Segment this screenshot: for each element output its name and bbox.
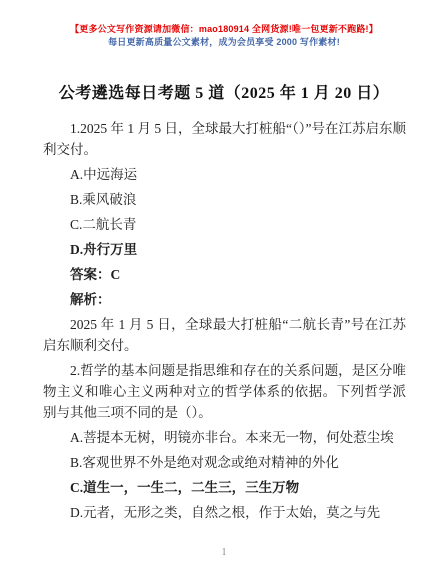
question-2-option-b: B.客观世界不外是绝对观念或绝对精神的外化 bbox=[43, 452, 406, 473]
question-1-option-a: A.中远海运 bbox=[43, 164, 406, 185]
page-number: 1 bbox=[0, 547, 448, 558]
question-2-option-d: D.元者，无形之类，自然之根，作于太始，莫之与先 bbox=[43, 502, 406, 523]
question-2-option-c: C.道生一，一生二，二生三，三生万物 bbox=[43, 477, 406, 498]
ad-banner-line-2: 每日更新高质量公文素材，成为会员享受 2000 写作素材! bbox=[0, 36, 448, 49]
question-1-option-b: B.乘风破浪 bbox=[43, 189, 406, 210]
question-2-option-a: A.菩提本无树，明镜亦非台。本来无一物，何处惹尘埃 bbox=[43, 427, 406, 448]
question-1-explanation: 2025 年 1 月 5 日，全球最大打桩船“二航长青”号在江苏启东顺利交付。 bbox=[43, 314, 406, 356]
document-page: 【更多公文写作资源请加微信：mao180914 全网货源!唯一包更新不跑路!】 … bbox=[0, 0, 448, 580]
ad-banner: 【更多公文写作资源请加微信：mao180914 全网货源!唯一包更新不跑路!】 … bbox=[0, 0, 448, 49]
document-title: 公考遴选每日考题 5 道（2025 年 1 月 20 日） bbox=[0, 80, 448, 103]
question-1-option-c: C.二航长青 bbox=[43, 214, 406, 235]
question-1-analysis-label: 解析： bbox=[43, 289, 406, 310]
question-2-text: 2.哲学的基本问题是指思维和存在的关系问题，是区分唯物主义和唯心主义两种对立的哲… bbox=[43, 360, 406, 423]
question-1-text: 1.2025 年 1 月 5 日，全球最大打桩船“（）”号在江苏启东顺利交付。 bbox=[43, 118, 406, 160]
question-1-option-d: D.舟行万里 bbox=[43, 239, 406, 260]
document-body: 1.2025 年 1 月 5 日，全球最大打桩船“（）”号在江苏启东顺利交付。A… bbox=[0, 118, 448, 523]
ad-banner-line-1: 【更多公文写作资源请加微信：mao180914 全网货源!唯一包更新不跑路!】 bbox=[0, 23, 448, 36]
question-1-answer: 答案：C bbox=[43, 264, 406, 285]
